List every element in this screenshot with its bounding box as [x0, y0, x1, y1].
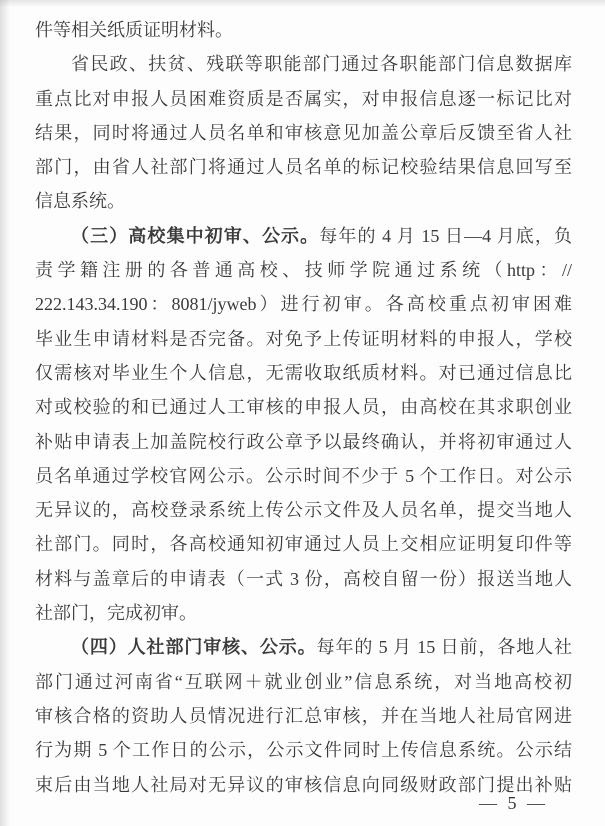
page-number: — 5 — [479, 793, 548, 813]
text-line: 审核合格的资助人员情况进行汇总审核，并在当地人社局官网进 [35, 699, 572, 733]
document-page: 件等相关纸质证明材料。 省民政、扶贫、残联等职能部门通过各职能部门信息数据库 重… [0, 0, 605, 826]
section-3-heading: （三）高校集中初审、公示。 [71, 226, 319, 246]
text-line: 每年的 4 月 15 日—4 月底，负 [319, 226, 572, 246]
page-footer: — 5 — [479, 792, 548, 814]
text-line: 仅需核对毕业生个人信息，无需收取纸质材料。对已通过信息比 [35, 356, 572, 390]
text-line: 部门通过河南省“互联网＋就业创业”信息系统，对当地高校初 [35, 665, 572, 699]
text-line: 每年的 5 月 15 日前，各地人社 [317, 637, 572, 657]
text-line: 重点比对申报人员困难资质是否属实，对申报信息逐一标记比对 [35, 82, 572, 116]
text-line: 222.143.34.190：8081/jyweb）进行初审。各高校重点初审困难 [35, 287, 572, 321]
text-line: 无异议的，高校登录系统上传公示文件及人员名单，提交当地人 [35, 493, 572, 527]
text-line: 行为期 5 个工作日的公示，公示文件同时上传信息系统。公示结 [35, 733, 572, 767]
text-line-section-4: （四）人社部门审核、公示。每年的 5 月 15 日前，各地人社 [35, 630, 572, 664]
text-line: 件等相关纸质证明材料。 [35, 13, 572, 47]
text-line: 材料与盖章后的申请表（一式 3 份，高校自留一份）报送当地人 [35, 562, 572, 596]
text-line: 结果，同时将通过人员名单和审核意见加盖公章后反馈至省人社 [35, 116, 572, 150]
text-line: 责学籍注册的各普通高校、技师学院通过系统（http：// [35, 253, 572, 287]
text-line: 毕业生申请材料是否完备。对免予上传证明材料的申报人，学校 [35, 322, 572, 356]
text-line: 信息系统。 [35, 184, 572, 218]
text-line: 员名单通过学校官网公示。公示时间不少于 5 个工作日。对公示 [35, 459, 572, 493]
text-line: 社部门，完成初审。 [35, 596, 572, 630]
text-line: 社部门。同时，各高校通知初审通过人员上交相应证明复印件等 [35, 527, 572, 561]
text-line: 部门，由省人社部门将通过人员名单的标记校验结果信息回写至 [35, 150, 572, 184]
section-4-heading: （四）人社部门审核、公示。 [71, 637, 317, 657]
text-line-section-3: （三）高校集中初审、公示。每年的 4 月 15 日—4 月底，负 [35, 219, 572, 253]
document-body: 件等相关纸质证明材料。 省民政、扶贫、残联等职能部门通过各职能部门信息数据库 重… [35, 13, 572, 802]
text-line: 省民政、扶贫、残联等职能部门通过各职能部门信息数据库 [35, 47, 572, 81]
text-line: 补贴申请表上加盖院校行政公章予以最终确认，并将初审通过人 [35, 425, 572, 459]
text-line: 对或校验的和已通过人工审核的申报人员，由高校在其求职创业 [35, 390, 572, 424]
